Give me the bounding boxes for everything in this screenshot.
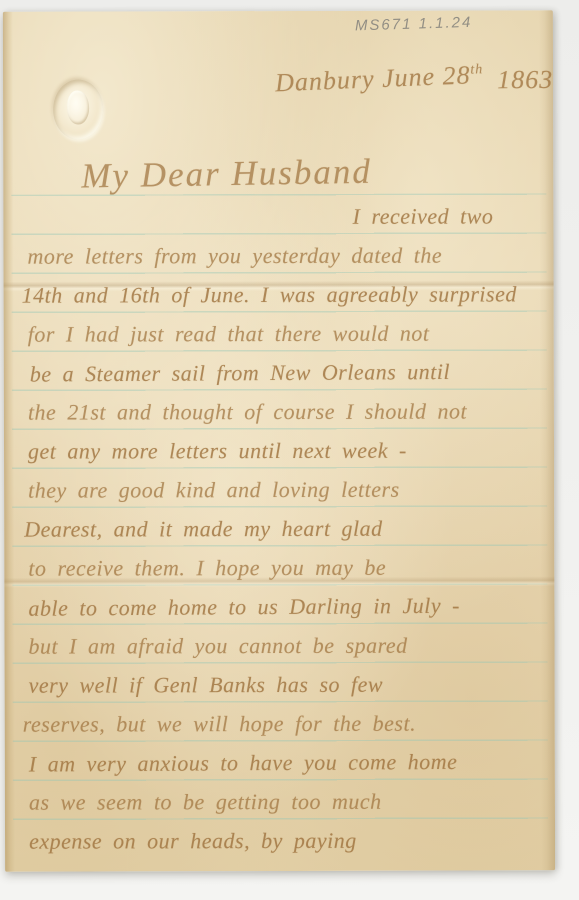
letter-page: MS671 1.1.24 Danbury June 28th 1863 My D… <box>3 10 555 871</box>
letter-line-13: very well if Genl Banks has so few <box>21 664 529 704</box>
letter-line-16: as we seem to be getting too much <box>21 781 529 821</box>
seal-profile-figure <box>67 90 89 124</box>
letter-body: I received twomore letters from you yest… <box>19 196 529 860</box>
dateline-year: 1863 <box>497 65 553 95</box>
salutation: My Dear Husband <box>81 152 372 197</box>
letter-line-1: I received two <box>19 196 527 236</box>
scan-background: MS671 1.1.24 Danbury June 28th 1863 My D… <box>0 0 579 900</box>
dateline-month-day: June 28 <box>381 60 471 93</box>
letter-line-15: I am very anxious to have you come home <box>21 741 529 783</box>
letter-line-11: able to come home to us Darling in July … <box>20 585 528 628</box>
dateline-ordinal: th <box>470 62 483 78</box>
letter-line-14: reserves, but we will hope for the best. <box>15 703 523 743</box>
letter-line-4: for I had just read that there would not <box>20 313 528 353</box>
letter-line-17: expense on our heads, by paying <box>21 820 529 860</box>
embossed-seal-icon <box>53 79 103 139</box>
dateline: Danbury June 28th 1863 <box>275 57 554 98</box>
letter-line-5: be a Steamer sail from New Orleans until <box>22 351 530 393</box>
letter-line-9: Dearest, and it made my heart glad <box>16 508 524 548</box>
letter-line-6: the 21st and thought of course I should … <box>20 391 528 431</box>
letter-line-10: to receive them. I hope you may be <box>20 547 528 587</box>
letter-line-2: more letters from you yesterday dated th… <box>19 235 527 275</box>
letter-line-7: get any more letters until next week - <box>20 430 528 470</box>
paper-left-edge <box>3 12 15 872</box>
letter-line-12: but I am afraid you cannot be spared <box>20 625 528 665</box>
paper-right-fold <box>539 10 555 870</box>
letter-line-8: they are good kind and loving letters <box>20 469 528 509</box>
dateline-place: Danbury <box>275 64 376 97</box>
letter-line-3: 14th and 16th of June. I was agreeably s… <box>14 274 522 314</box>
archival-mark: MS671 1.1.24 <box>355 14 473 35</box>
